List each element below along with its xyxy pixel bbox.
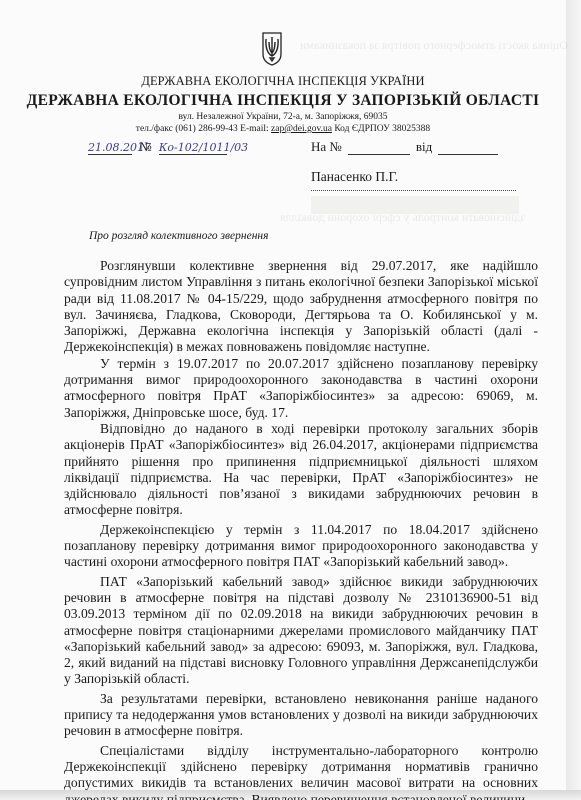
body-paragraph: Розглянувши колективне звернення від 29.… xyxy=(64,258,538,356)
org-address: вул. Незалежної України, 72-а, м. Запорі… xyxy=(0,112,566,122)
number-label: № xyxy=(139,139,151,154)
ref-number-blank xyxy=(348,142,410,155)
handwritten-date: 21.08.2017 xyxy=(88,141,132,155)
org-contacts: тел./факс (061) 286-99-43 E-mail: zap@de… xyxy=(0,124,566,134)
ref-number-label: На № xyxy=(311,139,342,154)
incoming-reference: На №від xyxy=(311,139,498,155)
body-paragraph: За результатами перевірки, встановлено н… xyxy=(64,691,538,740)
trident-coat-of-arms-icon xyxy=(262,32,282,66)
letter-body: Розглянувши колективне звернення від 29.… xyxy=(64,258,538,800)
letter-subject: Про розгляд колективного звернення xyxy=(89,230,268,242)
ref-from-label: від xyxy=(416,139,432,154)
dotted-line xyxy=(311,182,516,191)
bleed-through-text: Оцінка якості атмосферного повітря за по… xyxy=(300,38,568,53)
ref-date-blank xyxy=(438,142,498,155)
body-paragraph: Держекоінспекцією у термін з 11.04.2017 … xyxy=(64,522,538,571)
org-national-name: ДЕРЖАВНА ЕКОЛОГІЧНА ІНСПЕКЦІЯ УКРАЇНИ xyxy=(0,74,566,89)
handwritten-number: Ко-102/1011/03 xyxy=(159,141,227,155)
body-paragraph: ПАТ «Запорізький кабельний завод» здійсн… xyxy=(64,574,538,688)
body-paragraph: У термін з 19.07.2017 по 20.07.2017 здій… xyxy=(64,356,538,421)
phone-fax: тел./факс (061) 286-99-43 E-mail: xyxy=(136,124,271,134)
org-regional-name: ДЕРЖАВНА ЕКОЛОГІЧНА ІНСПЕКЦІЯ У ЗАПОРІЗЬ… xyxy=(0,92,566,110)
email-link[interactable]: zap@dei.gov.ua xyxy=(271,124,332,134)
body-paragraph: Відповідно до наданого в ході перевірки … xyxy=(64,421,538,519)
outgoing-registration: 21.08.2017 № Ко-102/1011/03 xyxy=(88,139,227,155)
edrpou-code: Код ЄДРПОУ 38025388 xyxy=(332,124,430,134)
redacted-address xyxy=(311,196,519,214)
body-paragraph: Спеціалістами відділу інструментально-ла… xyxy=(64,743,538,800)
page-edge xyxy=(566,0,581,800)
